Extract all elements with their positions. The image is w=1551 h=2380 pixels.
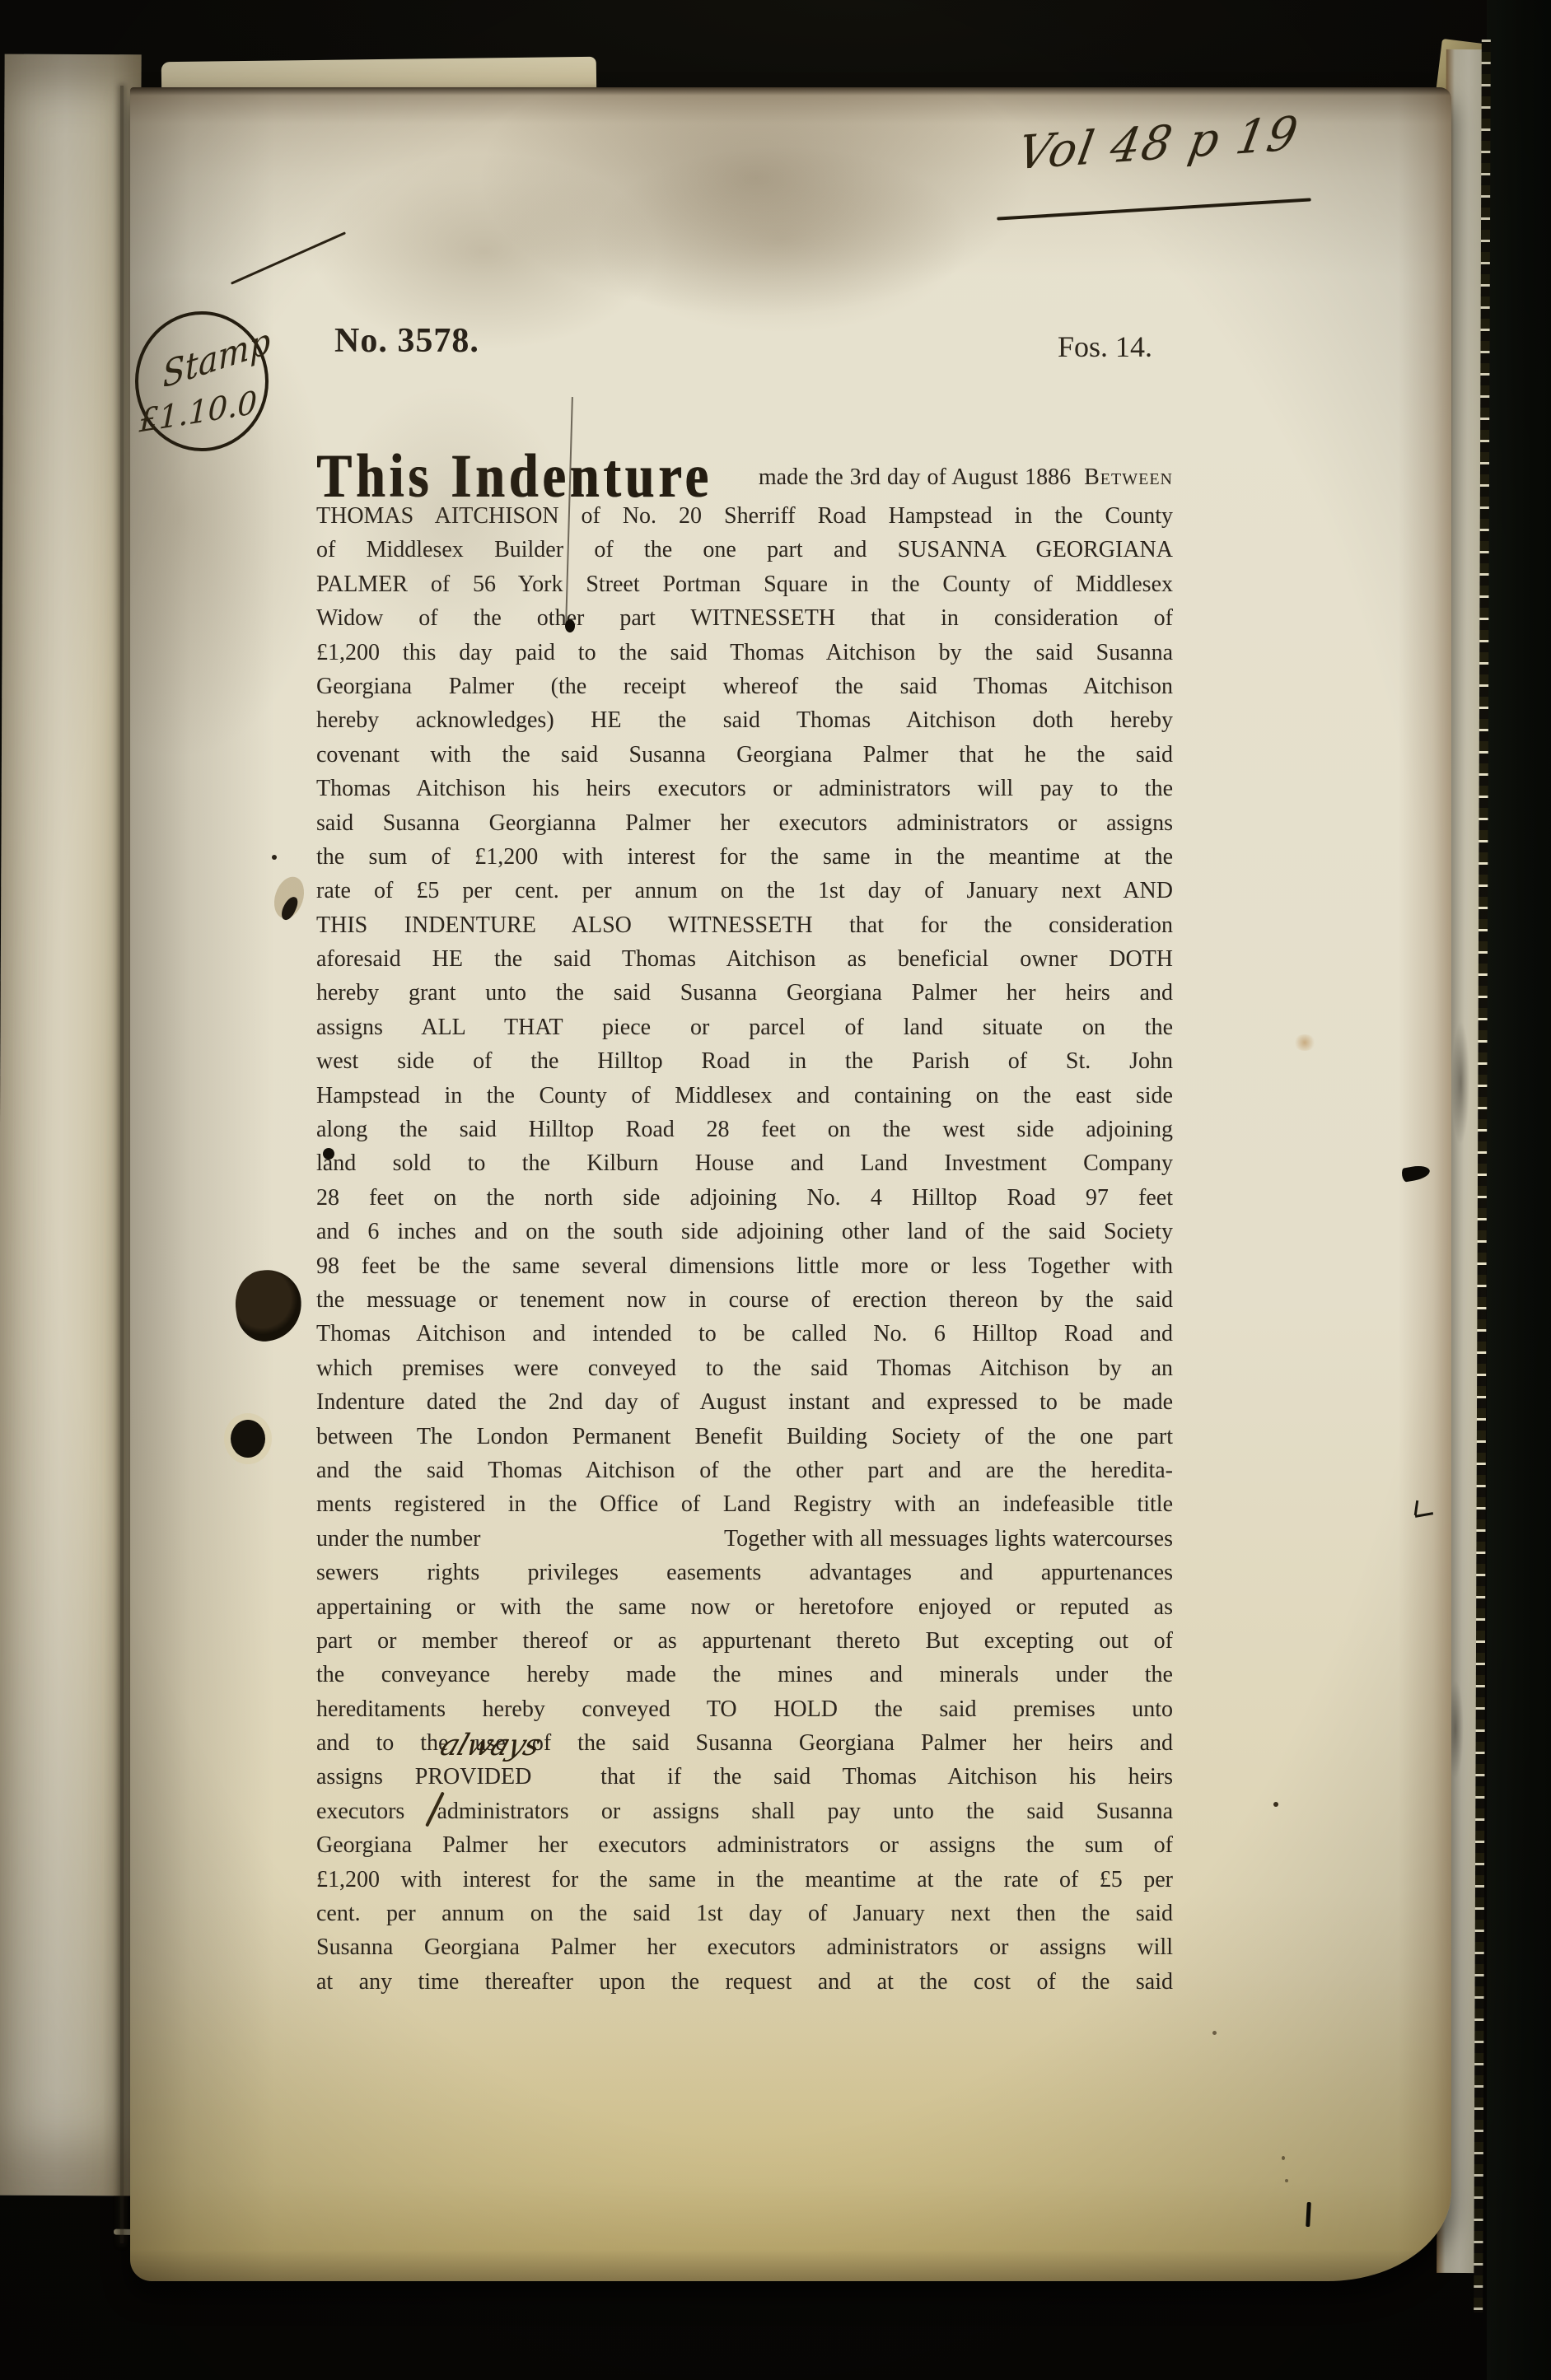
deed-line: the messuage or tenement now in course o… <box>316 1283 1173 1317</box>
deed-line: which premises were conveyed to the said… <box>316 1351 1173 1385</box>
deed-line: Thomas Aitchison and intended to be call… <box>316 1317 1173 1351</box>
document-number: No. 3578. <box>334 321 479 361</box>
deed-line: Georgiana Palmer her executors administr… <box>316 1828 1173 1862</box>
deed-line: assigns ALL THAT piece or parcel of land… <box>316 1010 1173 1044</box>
deed-line: appertaining or with the same now or her… <box>316 1590 1173 1624</box>
deed-line: rate of £5 per cent. per annum on the 1s… <box>316 874 1173 908</box>
deed-line: Widow of the other part WITNESSETH that … <box>316 601 1173 635</box>
deed-line: land sold to the Kilburn House and Land … <box>316 1146 1173 1180</box>
deed-line: cent. per annum on the said 1st day of J… <box>316 1897 1173 1930</box>
deed-text: This Indenture made the 3rd day of Augus… <box>316 413 1173 1999</box>
deed-line: Indenture dated the 2nd day of August in… <box>316 1385 1173 1419</box>
deed-line: the sum of £1,200 with interest for the … <box>316 840 1173 874</box>
deed-line: Susanna Georgiana Palmer her executors a… <box>316 1930 1173 1964</box>
opening-rest: made the 3rd day of August 1886 Between <box>759 460 1173 496</box>
deed-line: the conveyance hereby made the mines and… <box>316 1658 1173 1692</box>
stamp-flourish-stroke <box>231 231 346 285</box>
ink-speck <box>565 619 575 632</box>
insertion-point: always <box>563 1776 568 1784</box>
deed-line: and 6 inches and on the south side adjoi… <box>316 1215 1173 1248</box>
provided-post-text: that if the said Thomas Aitchison his he… <box>600 1764 1173 1790</box>
provided-pre-text: assigns PROVIDED <box>316 1764 531 1790</box>
pen-mark <box>1415 1512 1433 1518</box>
deed-line: PALMER of 56 York Street Portman Square … <box>316 567 1173 601</box>
folio-number: Fos. 14. <box>1058 329 1152 364</box>
deed-line: covenant with the said Susanna Georgiana… <box>316 738 1173 772</box>
ink-speck <box>1273 1802 1278 1807</box>
deed-line-registry-number: under the number Together with all messu… <box>316 1522 1173 1556</box>
stamp-circle-annotation: Stamp £1.10.0 <box>135 311 269 451</box>
ink-blot-large <box>231 1266 306 1345</box>
deed-lines-a: THOMAS AITCHISON of No. 20 Sherriff Road… <box>316 499 1173 1522</box>
ink-speck <box>1285 2179 1288 2182</box>
deed-line: between The London Permanent Benefit Bui… <box>316 1420 1173 1454</box>
deed-line: 98 feet be the same several dimensions l… <box>316 1249 1173 1283</box>
opening-line: This Indenture made the 3rd day of Augus… <box>316 413 1173 499</box>
deed-line: ments registered in the Office of Land R… <box>316 1487 1173 1521</box>
deed-line: 28 feet on the north side adjoining No. … <box>316 1181 1173 1215</box>
deed-line: said Susanna Georgianna Palmer her execu… <box>316 806 1173 840</box>
stamp-amount: £1.10.0 <box>139 384 258 439</box>
volume-annotation: Vol 48 p 19 <box>1014 107 1304 181</box>
book-scan: Vol 48 p 19 Stamp £1.10.0 No. 3578. Fos.… <box>0 0 1551 2380</box>
ink-speck <box>1282 2156 1285 2160</box>
gutter-crease <box>120 86 124 2243</box>
deed-line: and the said Thomas Aitchison of the oth… <box>316 1454 1173 1487</box>
deed-line: Thomas Aitchison his heirs executors or … <box>316 772 1173 805</box>
deed-line: Hampstead in the County of Middlesex and… <box>316 1079 1173 1113</box>
deed-line: aforesaid HE the said Thomas Aitchison a… <box>316 942 1173 976</box>
pen-tick-mark <box>1306 2202 1311 2227</box>
opening-date-text: made the 3rd day of August 1886 <box>759 464 1071 490</box>
deed-line: executors administrators or assigns shal… <box>316 1794 1173 1828</box>
deed-line: of Middlesex Builder of the one part and… <box>316 533 1173 567</box>
pen-mark <box>1414 1500 1418 1515</box>
gap-line-right: Together with all messuages lights water… <box>724 1522 1173 1556</box>
deed-line: £1,200 with interest for the same in the… <box>316 1863 1173 1897</box>
deed-line-provided: assigns PROVIDED always that if the said… <box>316 1760 1173 1794</box>
deed-lines-c: executors administrators or assigns shal… <box>316 1794 1173 1999</box>
deed-line: at any time thereafter upon the request … <box>316 1965 1173 1999</box>
book-cover <box>1487 0 1551 2380</box>
deed-line: along the said Hilltop Road 28 feet on t… <box>316 1113 1173 1146</box>
deed-line: sewers rights privileges easements advan… <box>316 1556 1173 1589</box>
top-stain <box>591 145 970 334</box>
opening-blackletter: This Indenture <box>316 455 712 496</box>
opening-between: Between <box>1084 464 1173 490</box>
deed-line: west side of the Hilltop Road in the Par… <box>316 1044 1173 1078</box>
deed-line: £1,200 this day paid to the said Thomas … <box>316 636 1173 670</box>
ink-blot-small <box>231 1420 265 1458</box>
deed-line: hereditaments hereby conveyed TO HOLD th… <box>316 1692 1173 1726</box>
ink-speck <box>272 855 277 860</box>
deed-line: part or member thereof or as appurtenant… <box>316 1624 1173 1658</box>
ink-drip-mark <box>1401 1164 1431 1183</box>
deed-line: hereby grant unto the said Susanna Georg… <box>316 976 1173 1010</box>
ink-speck <box>1212 2031 1217 2035</box>
gap-line-left: under the number <box>316 1522 481 1556</box>
document-page: Vol 48 p 19 Stamp £1.10.0 No. 3578. Fos.… <box>130 87 1451 2281</box>
edge-smudge <box>1451 1021 1470 1145</box>
deed-line: hereby acknowledges) HE the said Thomas … <box>316 703 1173 737</box>
ink-speck <box>323 1148 334 1160</box>
volume-annotation-underline <box>997 198 1311 220</box>
inserted-word-always: always <box>437 1729 545 1762</box>
foxing-spot <box>1293 1034 1316 1051</box>
deed-lines-b: sewers rights privileges easements advan… <box>316 1556 1173 1760</box>
deed-line: THIS INDENTURE ALSO WITNESSETH that for … <box>316 908 1173 942</box>
deed-line: Georgiana Palmer (the receipt whereof th… <box>316 670 1173 703</box>
